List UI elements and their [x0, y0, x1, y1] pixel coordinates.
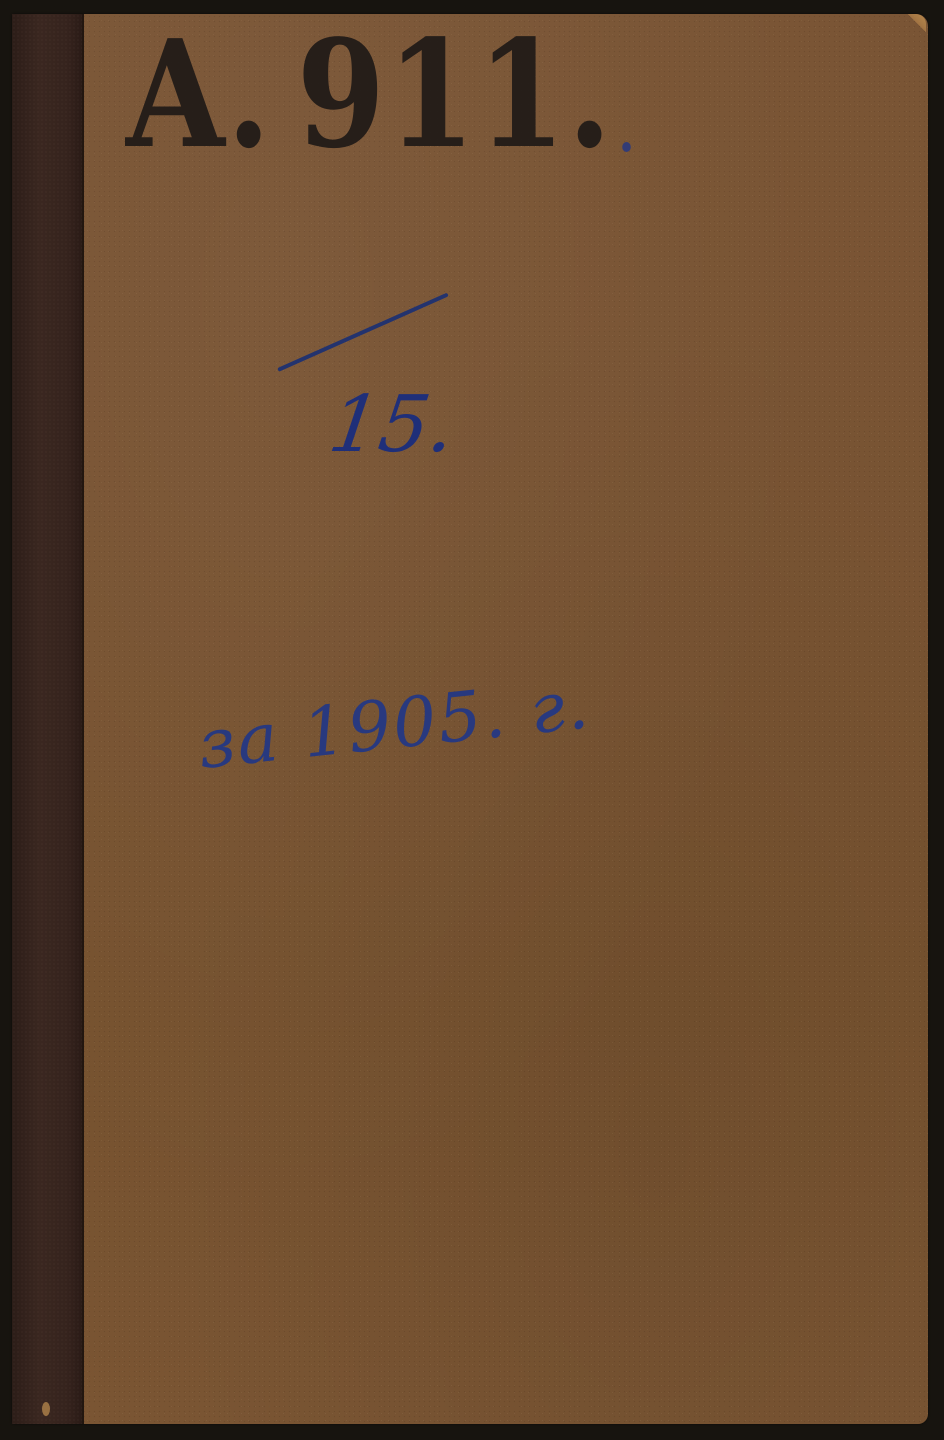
corner-wear-mark	[908, 14, 926, 32]
stamp-prefix: A.	[126, 7, 273, 181]
binding-spine	[12, 14, 84, 1424]
scanned-document-page: A.911. 15. за 1905. г.	[0, 0, 944, 1440]
archive-stamp: A.911.	[126, 20, 631, 168]
handwritten-file-number: 15.	[325, 386, 460, 464]
ink-dot-icon	[622, 142, 631, 152]
stamp-number: 911.	[297, 7, 614, 181]
spine-wear-mark	[42, 1402, 50, 1416]
